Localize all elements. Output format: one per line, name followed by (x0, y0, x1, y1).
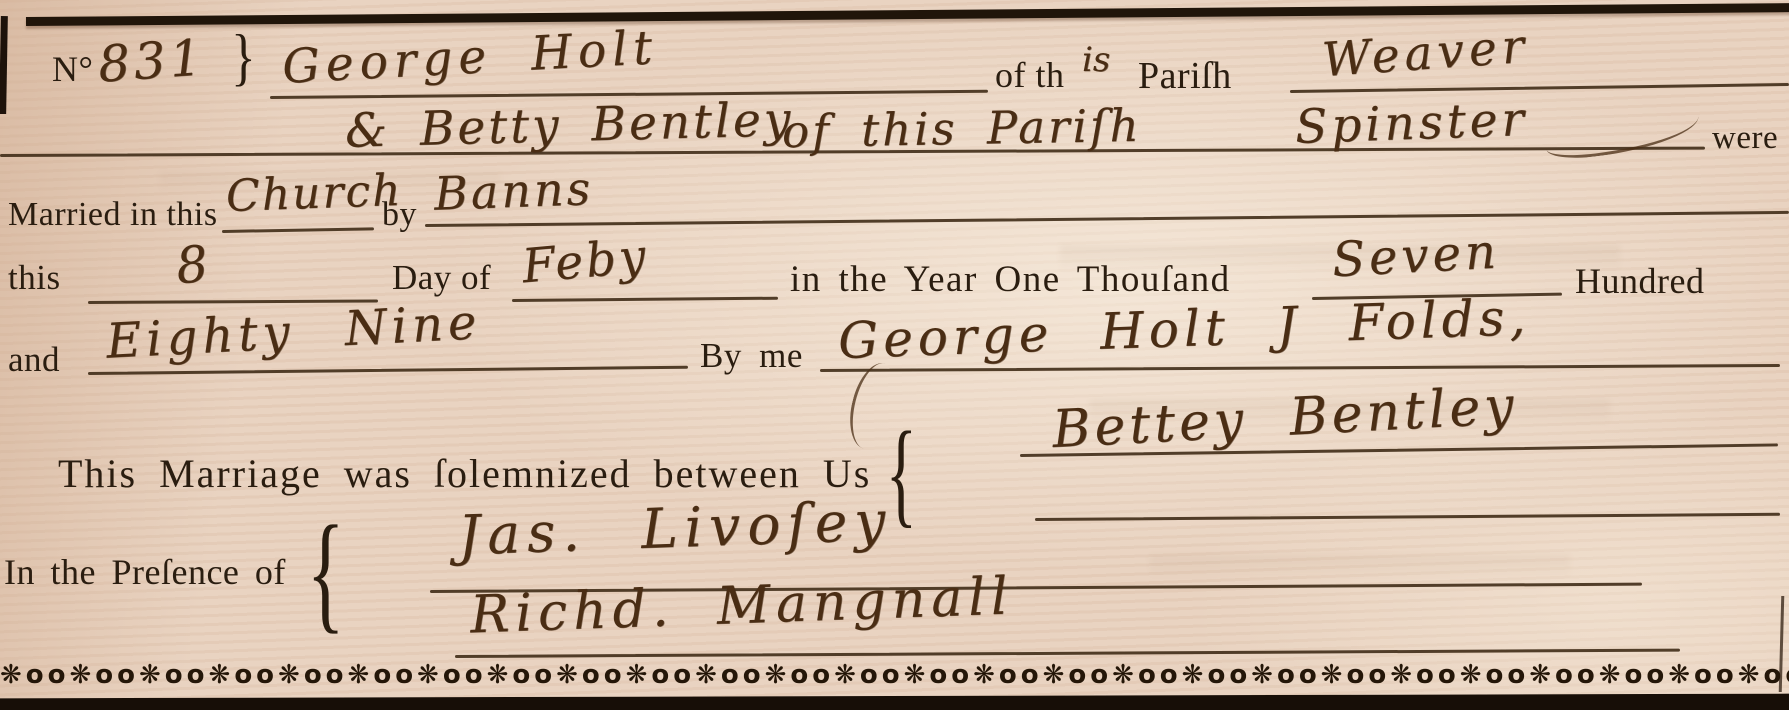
tens-fill-line (88, 366, 688, 375)
and-label: and (8, 340, 60, 380)
record-number-value: 831 (96, 28, 207, 93)
parish-label: Pariſh (1138, 54, 1232, 98)
day-of-label: Day of (392, 258, 491, 298)
bride-parish-entry: of this Pariſh (782, 99, 1142, 158)
year-hundreds-entry: Seven (1331, 224, 1501, 289)
witness-2-signature: Richd. Mangnall (469, 567, 1014, 646)
method-fill-line (425, 211, 1789, 227)
month-fill-line (512, 297, 778, 302)
day-entry: 8 (173, 234, 211, 295)
year-tens-entry: Eighty Nine (105, 294, 483, 370)
groom-name-entry: George Holt (281, 20, 660, 95)
presence-label: In the Preſence of (4, 551, 286, 593)
by-label: by (382, 196, 417, 234)
marriage-method-entry: Banns (433, 161, 594, 221)
bride-status-entry: Spinster (1294, 92, 1529, 155)
groom-occupation-entry: Weaver (1320, 19, 1530, 88)
couple-brace-icon: } (231, 30, 256, 84)
this-label: this (8, 258, 61, 298)
record-number-label: N° (52, 48, 93, 90)
witness-2-line (455, 649, 1680, 658)
ornament-border-row: ❋oo❋oo❋oo❋oo❋oo❋oo❋oo❋oo❋oo❋oo❋oo❋oo❋oo❋… (0, 660, 1789, 698)
witness-brace-icon: { (307, 516, 345, 628)
solemnized-label: This Marriage was ſolemnized between Us (58, 450, 871, 497)
presence-row: In the Preſence of { (4, 502, 357, 642)
bride-name-entry: & Betty Bentley (344, 92, 794, 159)
year-phrase-label: in the Year One Thouſand (790, 258, 1231, 301)
witness-1-signature: Jas. Livoſey (457, 488, 893, 567)
married-place-entry: Church (225, 165, 403, 222)
bleedthrough-mark (1150, 555, 1570, 579)
marriage-register-page: N° 831 } George Holt of th is Pariſh Wea… (0, 0, 1789, 710)
month-entry: Feby (520, 229, 651, 295)
hundred-label: Hundred (1575, 260, 1704, 302)
pen-flourish (1543, 103, 1702, 163)
place-fill-line (222, 227, 374, 233)
is-inserted-entry: is (1082, 40, 1110, 80)
left-border-bar (0, 16, 8, 114)
of-this-label: of th (995, 54, 1065, 96)
couple-signature-line-2 (1035, 513, 1780, 521)
by-me-label: By me (700, 336, 803, 376)
married-in-this-label: Married in this (8, 196, 218, 234)
were-label: were (1712, 120, 1778, 157)
